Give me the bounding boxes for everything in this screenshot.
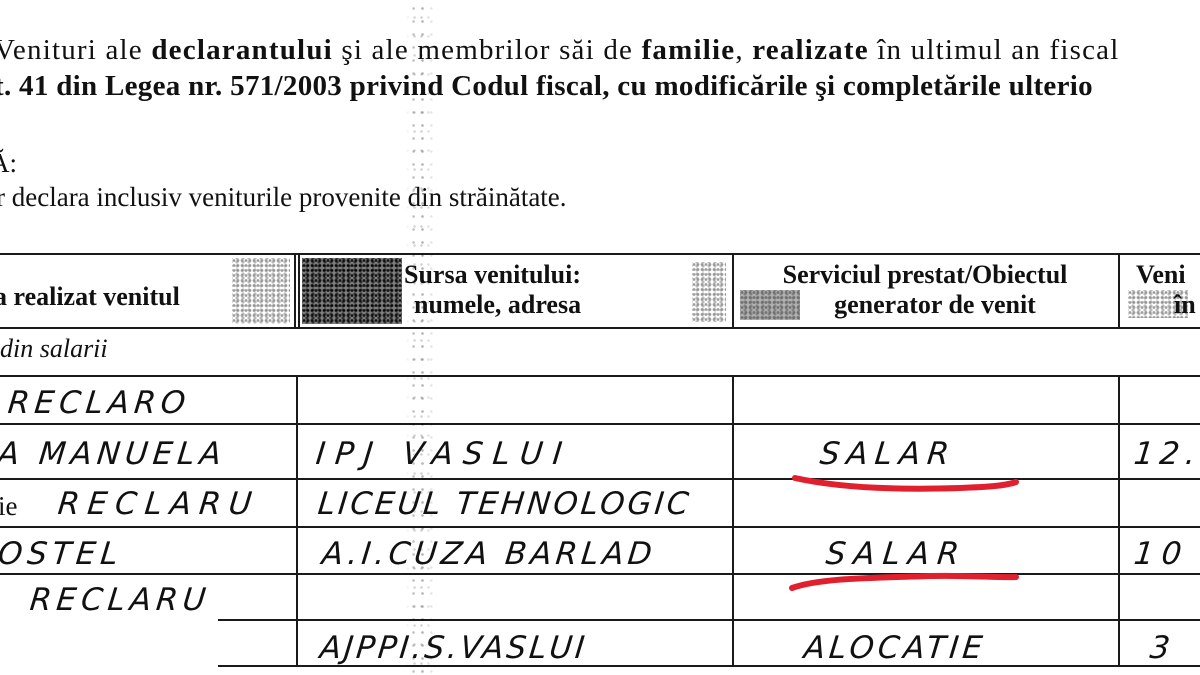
income-table: a realizat venitul Sursa venitului: nume… <box>0 0 1200 675</box>
table-rule <box>0 526 1200 528</box>
red-underline-annotation <box>780 468 1030 498</box>
cell-beneficiary: RECLARU <box>28 582 212 618</box>
cell-prefix: ie <box>0 491 18 522</box>
cell-source: AJPPI.S.VASLUI <box>318 630 589 666</box>
column-divider <box>296 375 298 667</box>
table-rule <box>0 423 1200 425</box>
scan-noise <box>232 258 290 324</box>
cell-source: LICEUL TEHNOLOGIC <box>316 486 693 522</box>
column-header-service: Serviciul prestat/Obiectul generator de … <box>740 260 1110 320</box>
cell-beneficiary: RECLARU <box>56 486 261 522</box>
cell-source: IPJ VASLUI <box>314 436 574 472</box>
table-rule <box>0 327 1200 329</box>
header-text: generator de venit <box>760 290 1110 320</box>
header-text: Serviciul prestat/Obiectul <box>740 260 1110 290</box>
column-divider <box>298 253 300 329</box>
header-text: numele, adresa <box>414 290 581 320</box>
column-divider <box>1118 253 1120 329</box>
column-divider <box>732 253 734 329</box>
header-text: a realizat venitul <box>0 282 180 311</box>
redaction-mark <box>302 258 402 324</box>
section-label: din salarii <box>0 334 108 364</box>
red-underline-annotation <box>780 570 1030 600</box>
scan-artifact <box>405 0 435 675</box>
header-text: în <box>1174 290 1196 320</box>
cell-beneficiary: RECLARO <box>6 385 192 421</box>
table-rule <box>0 253 1200 255</box>
scan-noise <box>692 262 726 322</box>
column-divider <box>294 253 296 329</box>
column-divider <box>1118 375 1120 667</box>
column-header-beneficiary: a realizat venitul <box>0 282 180 312</box>
table-rule <box>0 375 1200 377</box>
cell-income: 10 <box>1132 536 1191 572</box>
cell-service: SALAR <box>818 436 958 472</box>
cell-beneficiary: OSTEL <box>0 536 125 572</box>
cell-beneficiary: A MANUELA <box>0 436 228 472</box>
cell-service: SALAR <box>824 536 969 572</box>
column-header-income: Veni în <box>1136 260 1196 320</box>
cell-income: 12. <box>1132 436 1200 472</box>
cell-service: ALOCATIE <box>802 630 988 666</box>
cell-source: A.I.CUZA BARLAD <box>320 536 657 572</box>
column-divider <box>732 375 734 667</box>
header-text: Veni <box>1136 260 1196 290</box>
cell-income: 3 <box>1148 630 1180 666</box>
table-rule <box>218 619 1200 621</box>
